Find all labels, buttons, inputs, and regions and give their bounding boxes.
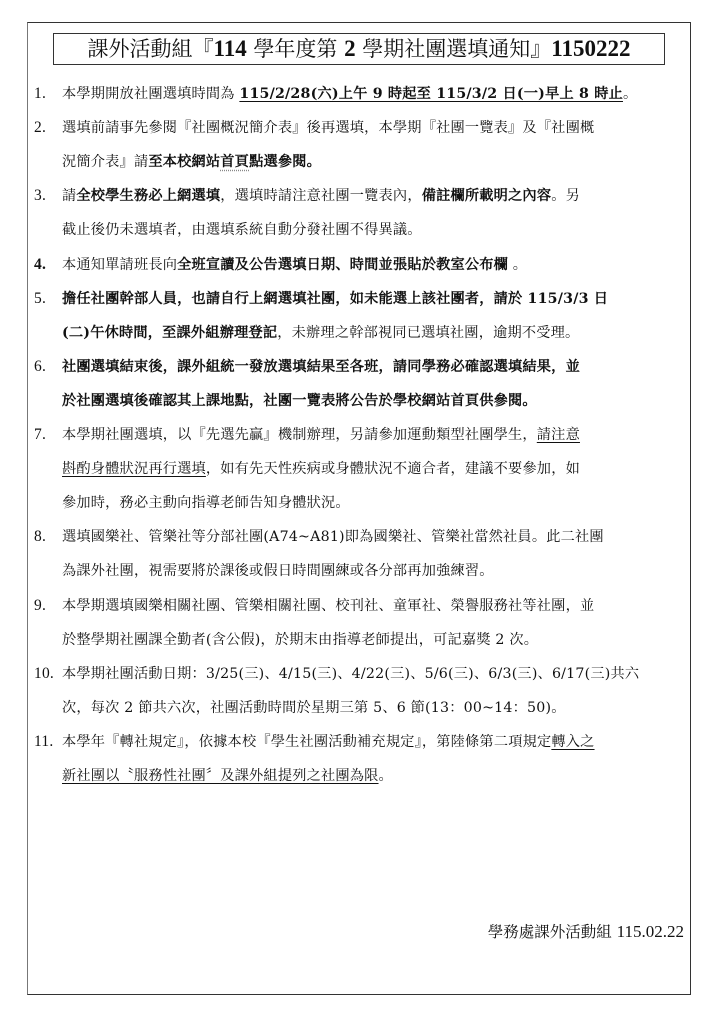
item-number: 10.	[34, 661, 62, 687]
list-item-continuation: 次，每次 2 節共六次，社團活動時間於星期三第 5、6 節(13：00~14：5…	[62, 695, 718, 721]
title-mid2: 學期社團選填通知』	[356, 37, 552, 61]
item-number: 9.	[34, 593, 62, 619]
item-text-segment: 截止後仍未選填者，由選填系統自動分發社團不得異議。	[62, 222, 422, 238]
item-text-segment: 本學期社團活動日期：3/25(三)、4/15(三)、4/22(三)、5/6(三)…	[62, 666, 639, 682]
item-number: 6.	[34, 354, 62, 380]
title-year: 114	[213, 36, 246, 61]
list-item: 5.擔任社團幹部人員，也請自行上網選填社團，如未能選上該社團者，請於 115/3…	[34, 286, 690, 312]
list-item: 1.本學期開放社團選填時間為 115/2/28(六)上午 9 時起至 115/3…	[34, 81, 690, 107]
list-item-continuation: 截止後仍未選填者，由選填系統自動分發社團不得異議。	[62, 217, 718, 243]
item-text-segment: 全班宣讀及公告選填日期、時間並張貼於教室公布欄	[177, 257, 508, 273]
item-number: 11.	[34, 729, 62, 755]
item-number: 8.	[34, 524, 62, 550]
item-text-segment: 。	[623, 86, 637, 102]
item-text-segment: 。	[379, 768, 393, 784]
item-text-segment: 本學期開放社團選填時間為	[62, 86, 239, 102]
item-text-segment: 斟酌身體狀況再行選填	[62, 461, 206, 477]
list-item-continuation: 於整學期社團課全勤者(含公假)，於期末由指導老師提出，可記嘉獎 2 次。	[62, 627, 718, 653]
list-item-continuation: 新社團以〝服務性社團〞及課外組提列之社團為限。	[62, 763, 718, 789]
item-text-segment: 本學期社團選填，以『先選先贏』機制辦理，另請參加運動類型社團學生，	[62, 427, 537, 443]
item-text-segment: 擔任社團幹部人員，也請自行上網選填社團，如未能選上該社團者，請於 115/3/3…	[62, 291, 608, 307]
list-item: 2.選填前請事先參閱『社團概況簡介表』後再選填，本學期『社團一覽表』及『社團概	[34, 115, 690, 141]
title-term: 2	[344, 36, 356, 61]
item-number: 5.	[34, 286, 62, 312]
item-text-segment: 本學期選填國樂相關社團、管樂相關社團、校刊社、童軍社、榮譽服務社等社團，並	[62, 598, 594, 614]
document-title: 課外活動組『114 學年度第 2 學期社團選填通知』1150222	[53, 33, 665, 65]
item-text-segment: 參加時，務必主動向指導老師告知身體狀況。	[62, 495, 350, 511]
item-text-segment: 全校學生務必上網選填	[76, 188, 220, 204]
item-number: 3.	[34, 183, 62, 209]
item-text-segment: 。另	[551, 188, 580, 204]
list-item-continuation: 斟酌身體狀況再行選填，如有先天性疾病或身體狀況不適合者，建議不要參加，如	[62, 456, 718, 482]
list-item: 9.本學期選填國樂相關社團、管樂相關社團、校刊社、童軍社、榮譽服務社等社團，並	[34, 593, 690, 619]
list-item: 11.本學年『轉社規定』，依據本校『學生社團活動補充規定』，第陸條第二項規定轉入…	[34, 729, 690, 755]
item-text-segment: 選填前請事先參閱『社團概況簡介表』後再選填，本學期『社團一覽表』及『社團概	[62, 120, 594, 136]
list-item: 4.本通知單請班長向全班宣讀及公告選填日期、時間並張貼於教室公布欄 。	[34, 252, 690, 278]
item-text-segment: 點選參閱。	[249, 154, 321, 170]
item-text-segment: 。	[508, 257, 527, 273]
title-mid1: 學年度第	[247, 37, 344, 61]
item-text-segment: 選填國樂社、管樂社等分部社團(A74~A81)即為國樂社、管樂社當然社員。此二社…	[62, 529, 604, 545]
title-code: 1150222	[551, 36, 630, 61]
item-text-segment: 新社團以〝服務性社團〞及課外組提列之社團為限	[62, 768, 379, 784]
list-item: 10.本學期社團活動日期：3/25(三)、4/15(三)、4/22(三)、5/6…	[34, 661, 690, 687]
item-text-segment: 備註欄所載明之內容	[422, 188, 552, 204]
item-text-segment: ，如有先天性疾病或身體狀況不適合者，建議不要參加，如	[206, 461, 580, 477]
item-text-segment: 本通知單請班長向	[62, 257, 177, 273]
list-item-continuation: (二)午休時間，至課外組辦理登記，未辦理之幹部視同已選填社團，逾期不受理。	[62, 320, 718, 346]
item-text-segment: 況簡介表』請	[62, 154, 148, 170]
item-number: 4.	[34, 252, 62, 278]
item-number: 7.	[34, 422, 62, 448]
item-text-segment: ，選填時請注意社團一覽表內，	[220, 188, 421, 204]
list-item-continuation: 參加時，務必主動向指導老師告知身體狀況。	[62, 490, 718, 516]
item-number: 2.	[34, 115, 62, 141]
list-item: 8.選填國樂社、管樂社等分部社團(A74~A81)即為國樂社、管樂社當然社員。此…	[34, 524, 690, 550]
item-text-segment: 首頁	[220, 154, 249, 170]
item-text-segment: (二)午休時間，至課外組辦理登記	[62, 325, 277, 341]
item-text-segment: 轉入之	[551, 734, 594, 750]
item-text-segment: ，未辦理之幹部視同已選填社團，逾期不受理。	[277, 325, 579, 341]
item-text-segment: 115/2/28(六)上午 9 時起至 115/3/2 日(一)早上 8 時止	[239, 86, 623, 102]
title-prefix: 課外活動組『	[87, 37, 213, 61]
list-item-continuation: 於社團選填後確認其上課地點，社團一覽表將公告於學校網站首頁供參閱。	[62, 388, 718, 414]
list-item: 3.請全校學生務必上網選填，選填時請注意社團一覽表內，備註欄所載明之內容。另	[34, 183, 690, 209]
signature: 學務處課外活動組 115.02.22	[488, 920, 684, 944]
list-item-continuation: 況簡介表』請至本校網站首頁點選參閱。	[62, 149, 718, 175]
item-text-segment: 於社團選填後確認其上課地點，社團一覽表將公告於學校網站首頁供參閱。	[62, 393, 537, 409]
list-item: 6.社團選填結束後，課外組統一發放選填結果至各班，請同學務必確認選填結果，並	[34, 354, 690, 380]
item-text-segment: 本學年『轉社規定』，依據本校『學生社團活動補充規定』，第陸條第二項規定	[62, 734, 551, 750]
signature-date: 115.02.22	[617, 922, 684, 941]
item-text-segment: 次，每次 2 節共六次，社團活動時間於星期三第 5、6 節(13：00~14：5…	[62, 700, 566, 716]
list-item-continuation: 為課外社團，視需要將於課後或假日時間團練或各分部再加強練習。	[62, 558, 718, 584]
list-item: 7.本學期社團選填，以『先選先贏』機制辦理，另請參加運動類型社團學生，請注意	[34, 422, 690, 448]
item-text-segment: 請注意	[537, 427, 580, 443]
item-text-segment: 於整學期社團課全勤者(含公假)，於期末由指導老師提出，可記嘉獎 2 次。	[62, 632, 538, 648]
item-text-segment: 請	[62, 188, 76, 204]
item-text-segment: 至本校網站	[148, 154, 220, 170]
item-text-segment: 社團選填結束後，課外組統一發放選填結果至各班，請同學務必確認選填結果，並	[62, 359, 580, 375]
item-number: 1.	[34, 81, 62, 107]
item-text-segment: 為課外社團，視需要將於課後或假日時間團練或各分部再加強練習。	[62, 563, 494, 579]
signature-office: 學務處課外活動組	[488, 923, 617, 941]
